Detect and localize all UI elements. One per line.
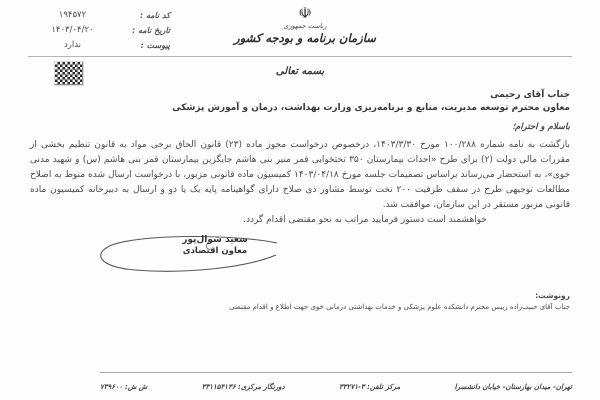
letter-number-row: كد نامه : ۱۹۴۵۷۲ — [30, 10, 170, 20]
letter-number-label: كد نامه : — [115, 11, 170, 20]
recipient-name: جناب آقای رحیمی — [30, 90, 570, 100]
organization-name: سازمان برنامه و بودجه کشور — [225, 31, 385, 45]
cc-label: رونوشت: — [30, 291, 570, 300]
footer-serial: ش ش: ۷۳۹۶۰۰ — [100, 383, 147, 391]
signatory-title: معاون اقتصادی — [150, 246, 280, 256]
letter-attachment-row: پيوست : ندارد — [30, 40, 170, 50]
presidency-label: ریاست جمهوری — [225, 22, 385, 30]
footer-fax: دورنگار مرکزی: ۳۳۱۱۵۴۱۳۶ — [202, 383, 285, 391]
cc-block: رونوشت: جناب آقای حبیب‌زاده رییس محترم د… — [30, 291, 570, 311]
letterhead-block: ☫ ریاست جمهوری سازمان برنامه و بودجه کشو… — [225, 5, 385, 45]
iran-emblem-icon: ☫ — [225, 5, 385, 21]
recipient-title: معاون محترم توسعه مدیریت، منابع و برنامه… — [30, 103, 570, 113]
footer-phone: مرکز تلفن: ۳-۳۳۲۷۱ — [339, 383, 400, 391]
letter-attachment-label: پيوست : — [115, 41, 170, 50]
footer-contact-bar: تهران- میدان بهارستان- خیابان دانشسرا مر… — [100, 383, 572, 391]
salutation-text: باسلام و احترام؛ — [30, 122, 570, 132]
letter-date-row: تاريخ نامه : ۱۴۰۳/۰۴/۲۰ — [30, 25, 170, 35]
letter-body-paragraph: بازگشت به نامه شماره ۱۰۰/۲۸۸ مورخ ۱۴۰۳/۳… — [30, 138, 570, 213]
cc-recipient-line: جناب آقای حبیب‌زاده رییس محترم دانشکده ع… — [30, 303, 570, 311]
letter-content: جناب آقای رحیمی معاون محترم توسعه مدیریت… — [30, 90, 570, 311]
signatory-name: سعید شوال‌پور — [150, 235, 280, 245]
letter-meta-block: كد نامه : ۱۹۴۵۷۲ تاريخ نامه : ۱۴۰۳/۰۴/۲۰… — [30, 10, 170, 55]
letter-page: كد نامه : ۱۹۴۵۷۲ تاريخ نامه : ۱۴۰۳/۰۴/۲۰… — [0, 0, 600, 400]
footer-divider — [100, 372, 572, 373]
footer-address: تهران- میدان بهارستان- خیابان دانشسرا — [455, 383, 572, 391]
besmele-text: بسمه تعالی — [0, 66, 600, 77]
letter-date-value: ۱۴۰۳/۰۴/۲۰ — [30, 25, 115, 35]
closing-request-line: خواهشمند است دستور فرمایید مراتب به نحو … — [30, 215, 570, 225]
header-divider — [28, 56, 572, 57]
signature-block: سعید شوال‌پور معاون اقتصادی — [90, 229, 280, 281]
letter-number-value: ۱۹۴۵۷۲ — [30, 10, 115, 20]
signatory-text: سعید شوال‌پور معاون اقتصادی — [90, 229, 280, 256]
letter-attachment-value: ندارد — [30, 40, 115, 50]
letter-date-label: تاريخ نامه : — [115, 26, 170, 35]
